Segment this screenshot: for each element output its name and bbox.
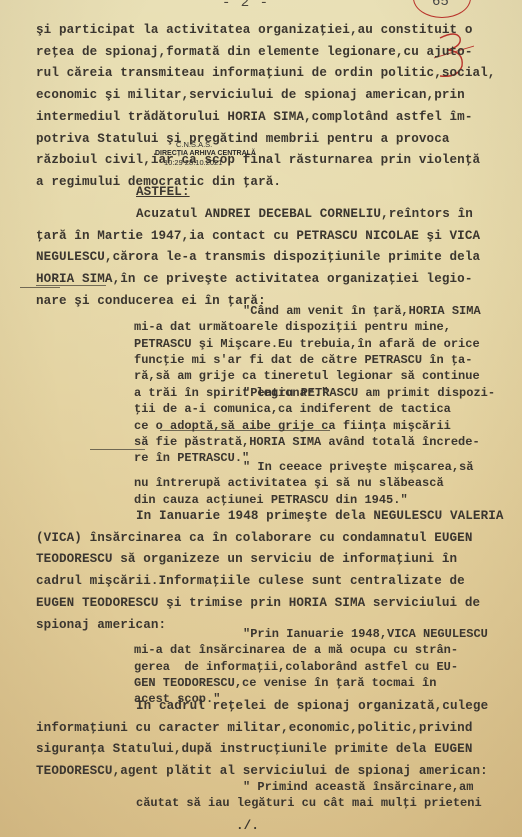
text-line: intermediul trădătorului HORIA SIMA,comp… (36, 111, 472, 124)
text-line: siguranţa Statului,după instrucţiunile p… (36, 743, 472, 756)
section-heading: ASTFEL: (136, 186, 190, 199)
quote-line: GEN TEODORESCU,ce venise în ţară tocmai … (134, 677, 436, 689)
quote-line: ră,să am grije ca tineretul legionar să … (134, 370, 480, 382)
quote-line: PETRASCU şi Mişcare.Eu trebuia,în afară … (134, 338, 480, 350)
continuation-mark: ./. (236, 820, 259, 833)
text-line: HORIA SIMA,în ce priveşte activitatea or… (36, 273, 472, 286)
text-line: In cadrul reţelei de spionaj organizată,… (136, 700, 488, 713)
pencil-underline (160, 430, 330, 431)
quote-line: mi-a dat însărcinarea de a mă ocupa cu s… (134, 644, 458, 656)
quote-line: funcţie mi s'ar fi dat de către PETRASCU… (134, 354, 472, 366)
stamp-org: C.N.S.A.S. (176, 141, 212, 149)
text-line: ţară în Martie 1947,ia contact cu PETRAS… (36, 230, 480, 243)
text-line: cadrul mişcării.Informaţiile culese sunt… (36, 575, 465, 588)
text-line: rul căreia transmiteau informaţiuni de o… (36, 67, 495, 80)
quote-line: "Prin Ianuarie 1948,VICA NEGULESCU (243, 628, 488, 640)
text-line: EUGEN TEODORESCU şi trimise prin HORIA S… (36, 597, 480, 610)
document-page: - 2 - 65 şi participat la activitatea or… (0, 0, 522, 837)
text-line: In Ianuarie 1948 primeşte dela NEGULESCU… (136, 510, 504, 523)
quote-line: ţii de a-i comunica,ca indiferent de tac… (134, 403, 451, 415)
text-line: TEODORESCU,agent plătit al serviciului d… (36, 765, 488, 778)
text-line: războiul civil,iar ca scop final răsturn… (36, 154, 480, 167)
quote-line: gerea de informaţii,colaborând astfel cu… (134, 661, 458, 673)
pencil-underline (36, 285, 106, 286)
quote-line: re în PETRASCU." (134, 452, 249, 464)
page-number: - 2 - (222, 0, 269, 11)
text-line: economic şi militar,serviciului de spion… (36, 89, 465, 102)
quote-line: căutat să iau legături cu cât mai mulţi … (136, 797, 482, 809)
quote-line: "Pentru PETRASCU am primit dispozi- (243, 387, 495, 399)
pencil-underline (20, 287, 60, 288)
text-line: Acuzatul ANDREI DECEBAL CORNELIU,reîntor… (136, 208, 473, 221)
pencil-underline (90, 449, 145, 450)
stamp-department: DIRECȚIA ARHIVA CENTRALĂ (155, 150, 256, 157)
text-line: şi participat la activitatea organizaţie… (36, 24, 472, 37)
quote-line: să fie păstrată,HORIA SIMA având totală … (134, 436, 480, 448)
text-line: TEODORESCU să organizeze un serviciu de … (36, 553, 457, 566)
quote-line: din cauza acţiunei PETRASCU din 1945." (134, 494, 408, 506)
quote-line: " In ceeace priveşte mişcarea,să (243, 461, 473, 473)
text-line: spionaj american: (36, 619, 166, 632)
quote-line: nu întrerupă activitatea şi să nu slăbea… (134, 477, 444, 489)
text-line: reţea de spionaj,formată din elemente le… (36, 46, 472, 59)
text-line: NEGULESCU,cărora le-a transmis dispoziţi… (36, 251, 480, 264)
text-line: potriva Statului şi pregătind membrii pe… (36, 133, 450, 146)
quote-line: mi-a dat următoarele dispoziţii pentru m… (134, 321, 451, 333)
quote-line: "Când am venit în ţară,HORIA SIMA (243, 305, 481, 317)
stamp-timestamp: 10:29 28.10.2021 (164, 159, 222, 167)
text-line: (VICA) însărcinarea ca în colaborare cu … (36, 532, 472, 545)
quote-line: " Primind această însărcinare,am (243, 781, 473, 793)
text-line: informaţiuni cu caracter militar,economi… (36, 722, 472, 735)
text-line: nare şi conducerea ei în ţară: (36, 295, 266, 308)
folio-number: 65 (432, 0, 449, 10)
